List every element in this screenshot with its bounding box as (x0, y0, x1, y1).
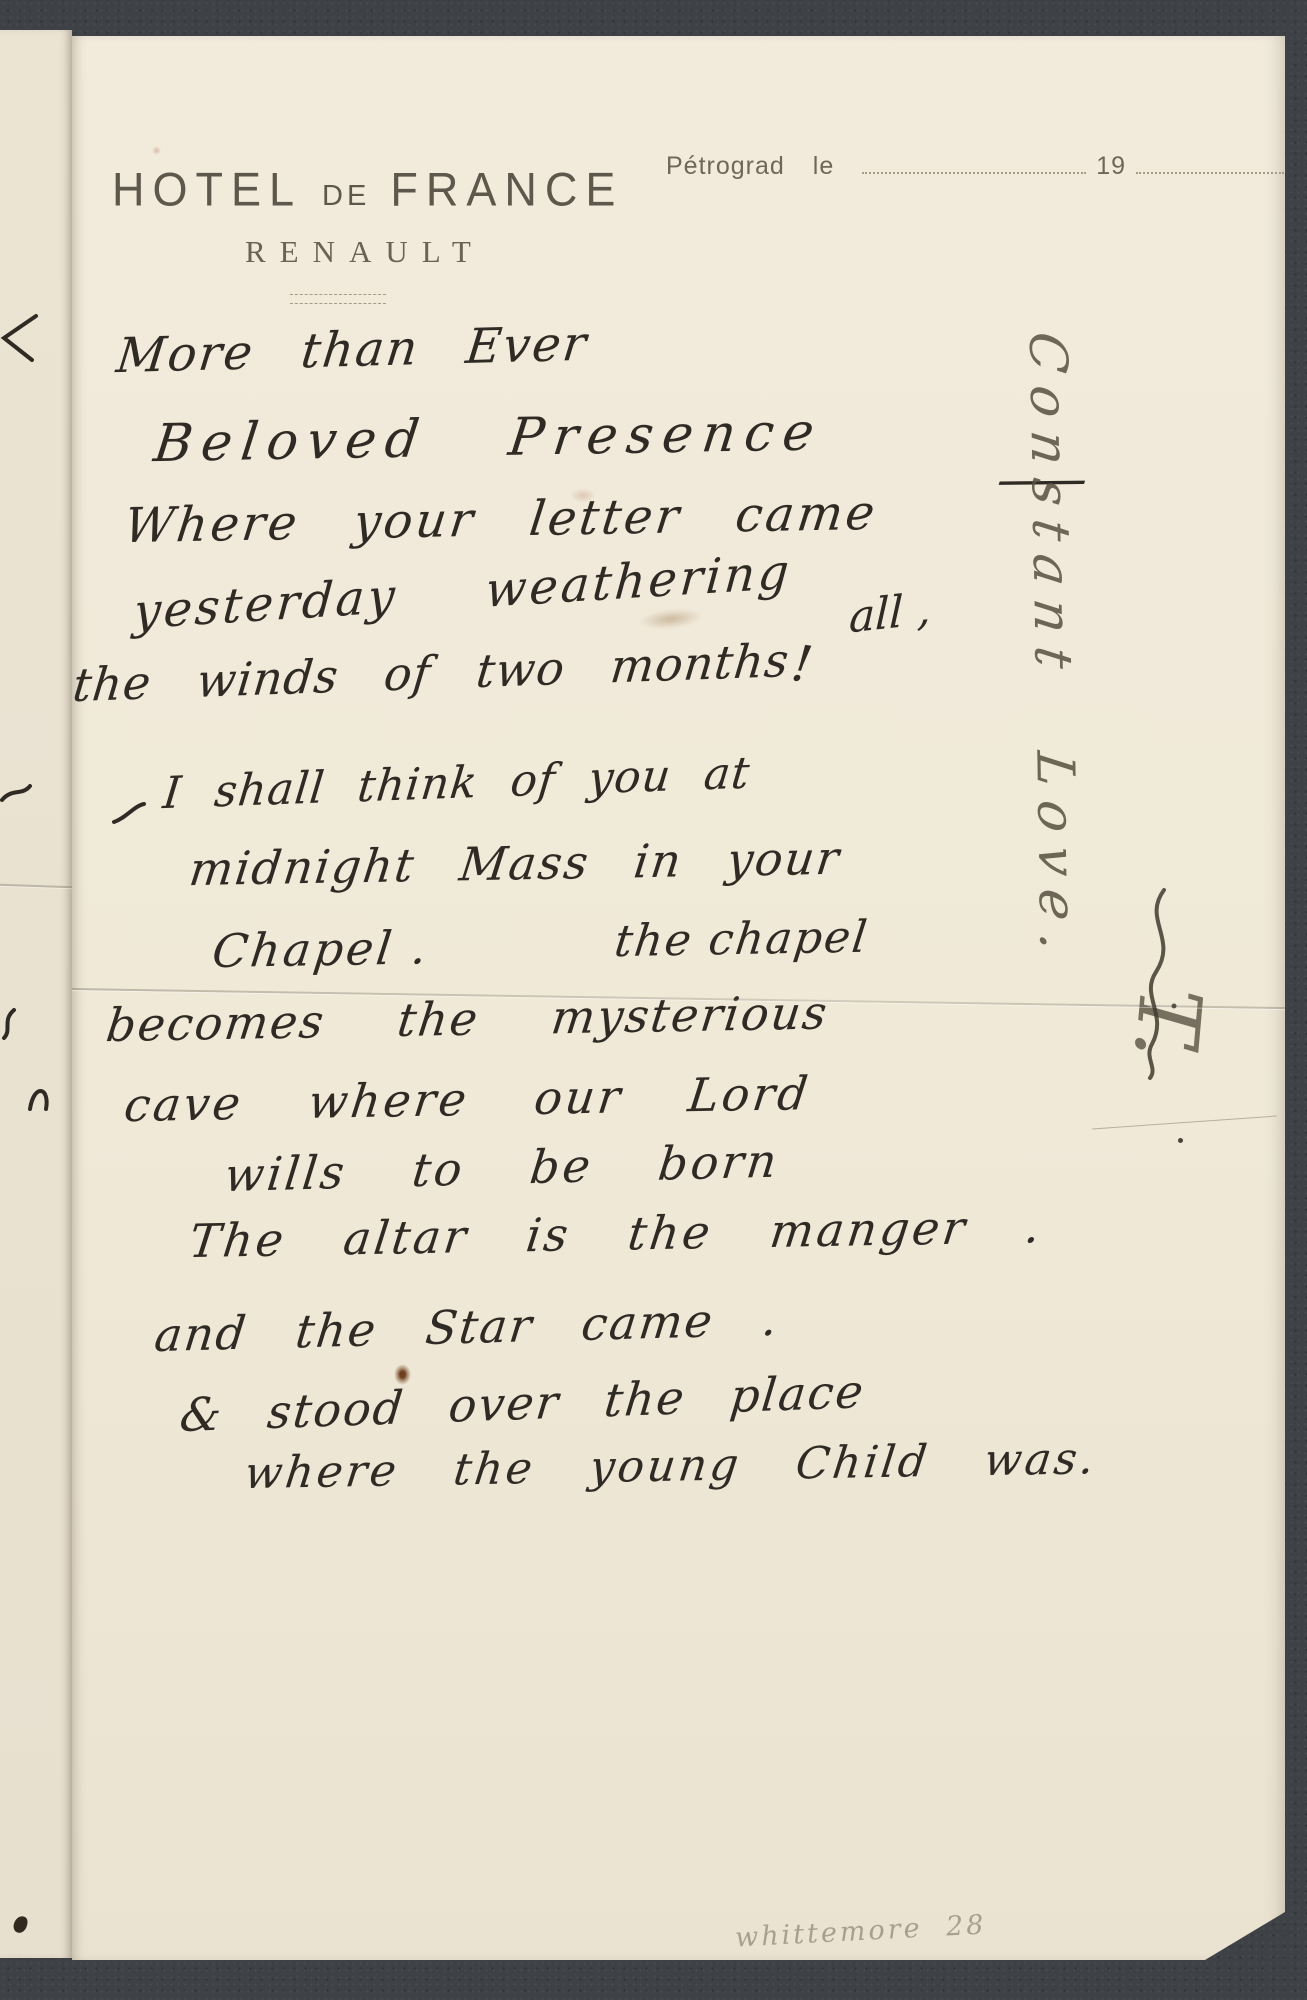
line-chapel: Chapel . (209, 920, 432, 978)
margin-note-vertical: Constant Love. (1017, 329, 1088, 969)
facing-page-edge (0, 30, 72, 1958)
ink-fragment-stroke-1 (0, 782, 32, 806)
letterhead-decorative-rule (290, 294, 386, 304)
line-cave-where-our-lord: cave where our Lord (121, 1066, 813, 1132)
line-wills-to-be-born: wills to be born (222, 1133, 783, 1202)
line-where-your-letter-came: Where your letter came (121, 485, 881, 554)
line-more-than-ever: More than Ever (114, 316, 591, 385)
pencil-catalog-note: whittemore 28 (734, 1909, 987, 1953)
line-and-the-star-came: and the Star came . (152, 1292, 782, 1363)
date-dotted-line-long (862, 154, 1086, 174)
letterhead-dateline: Pétrograd le 19 (666, 152, 1284, 181)
hotel-name-word-2: DE (322, 180, 370, 213)
fold-crease-strip (0, 884, 72, 889)
line-the-winds-of-two-months: the winds of two months (70, 633, 792, 712)
line-where-the-young-child-was: where the young Child was. (242, 1433, 1100, 1499)
letterhead-subname: RENAULT (245, 234, 485, 270)
line-i-shall-think-of-you-at: I shall think of you at (161, 748, 753, 820)
line-midnight-mass-in-your: midnight Mass in your (186, 831, 843, 896)
hotel-name-word-3: FRANCE (390, 163, 623, 218)
line-beloved-presence: Beloved Presence (151, 402, 827, 474)
dateline-year-prefix: 19 (1096, 152, 1126, 181)
letter-page: HOTEL DE FRANCE RENAULT Pétrograd le 19 … (72, 36, 1285, 1960)
stain-faint-2 (152, 146, 161, 155)
line-exclamation: ! (788, 634, 816, 694)
stain-ink-spot (394, 1364, 411, 1385)
edge-squiggle (1134, 886, 1186, 1082)
ink-dot (1178, 1138, 1183, 1143)
line-all: all , (848, 583, 932, 643)
ink-fragment-chevron (0, 312, 42, 364)
line-and-stood-over-the-place: & stood over the place (177, 1364, 867, 1442)
date-dotted-line-short (1136, 154, 1284, 174)
dateline-place: Pétrograd (666, 152, 785, 181)
letterhead-hotel-name: HOTEL DE FRANCE (112, 164, 623, 216)
fold-crease-right (1092, 1116, 1277, 1130)
line-the-chapel: the chapel (612, 912, 872, 968)
ink-fragment-stroke-2 (0, 1008, 16, 1040)
hotel-name-word-1: HOTEL (112, 163, 302, 218)
ink-fragment-stroke-3 (26, 1075, 54, 1115)
ink-blot (12, 1915, 29, 1935)
line-the-altar-is-the-manger: The altar is the manger . (186, 1199, 1046, 1268)
scanned-letter-scene: HOTEL DE FRANCE RENAULT Pétrograd le 19 … (0, 0, 1307, 2000)
stain-faint-1 (570, 488, 596, 503)
photo-mat-background: { "document_type": "handwritten letter o… (0, 0, 1307, 2000)
dateline-le: le (813, 152, 834, 181)
ink-fragment-flick (112, 800, 146, 826)
